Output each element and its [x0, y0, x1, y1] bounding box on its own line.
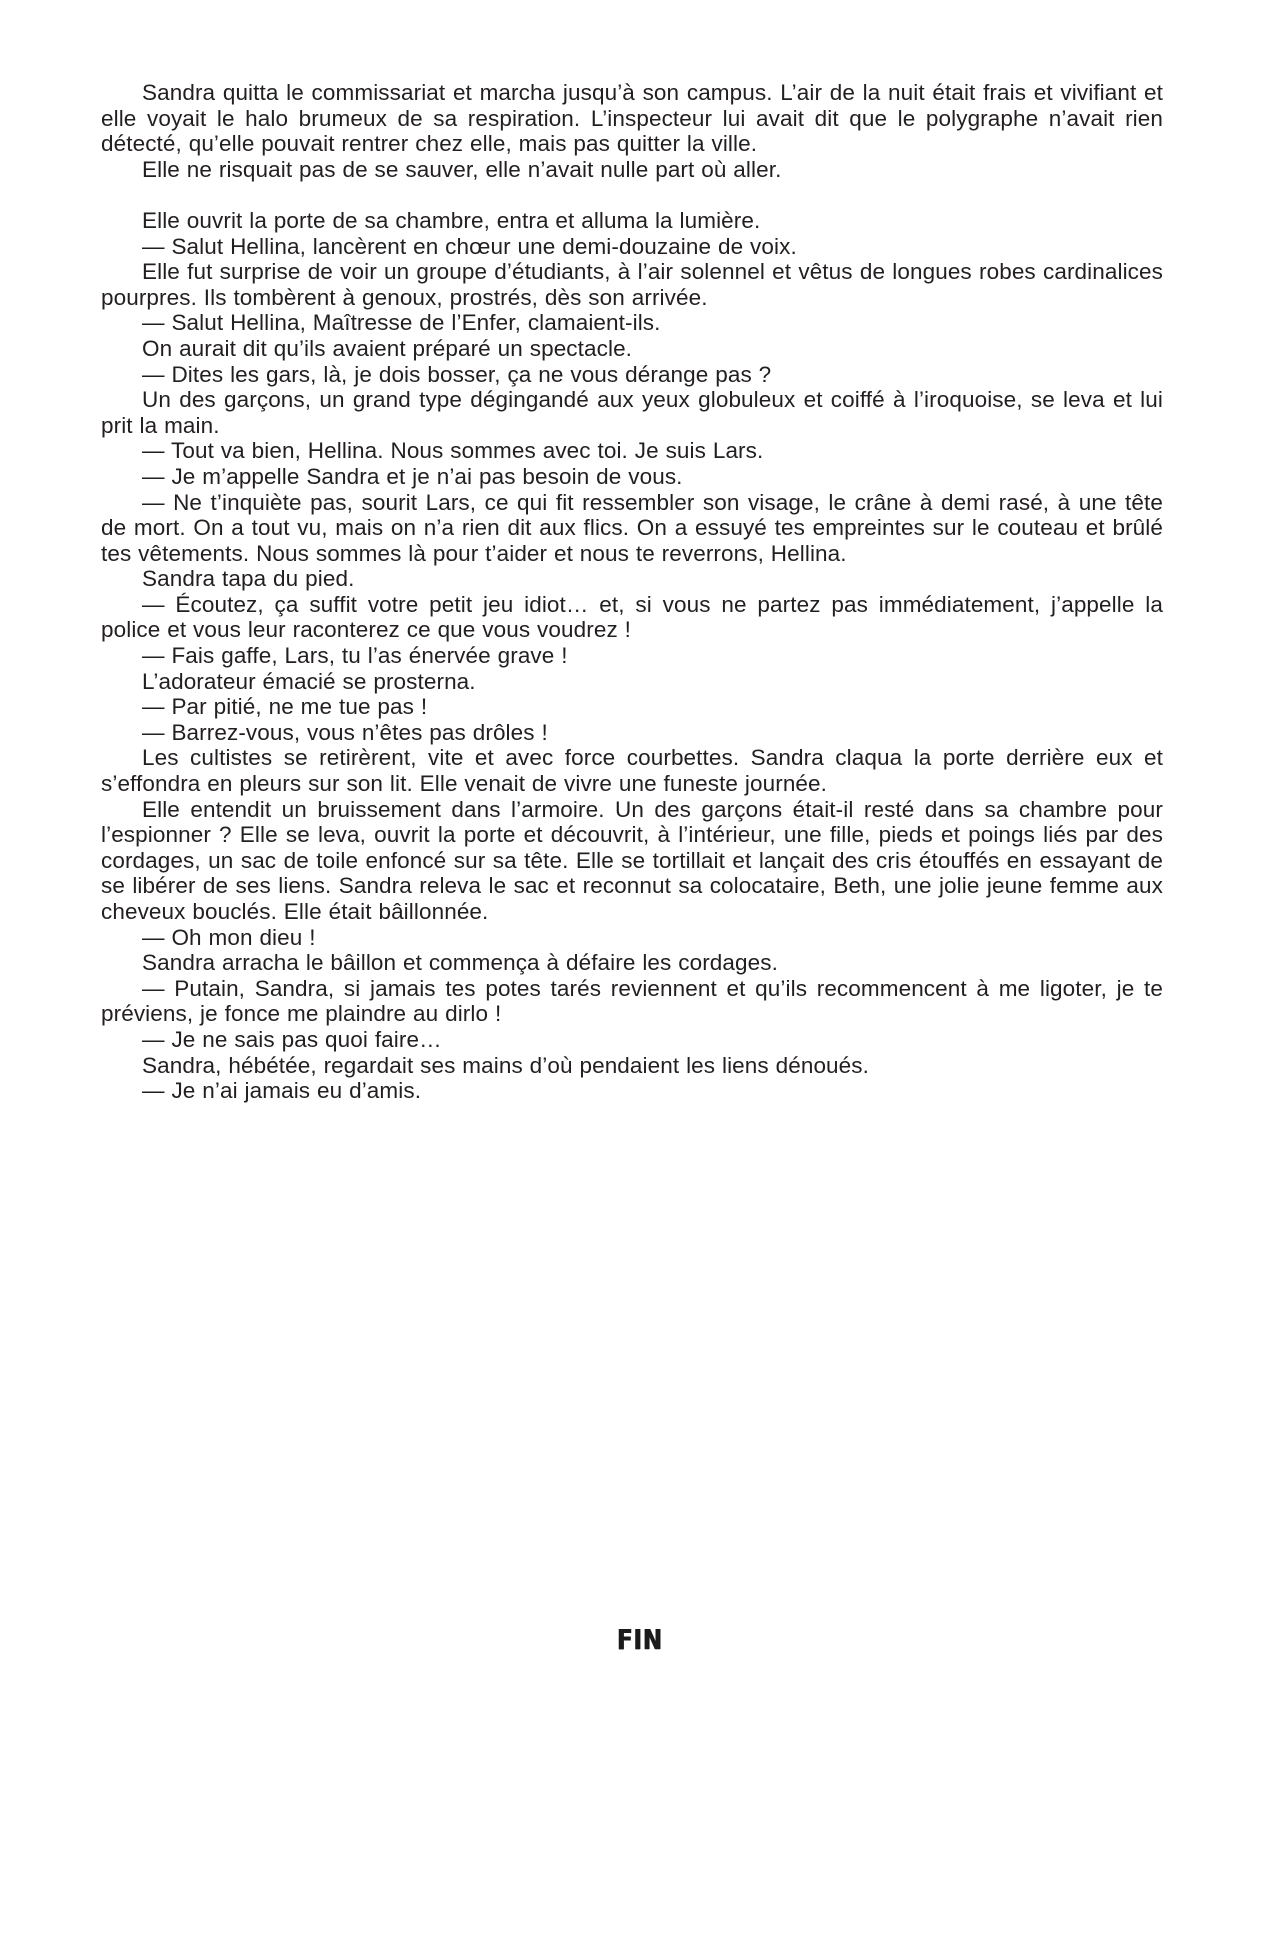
paragraph: On aurait dit qu’ils avaient préparé un … — [101, 336, 1163, 362]
dialogue-line: — Putain, Sandra, si jamais tes potes ta… — [101, 976, 1163, 1027]
dialogue-line: — Oh mon dieu ! — [101, 925, 1163, 951]
end-mark-text: FIN — [617, 1623, 663, 1656]
paragraph: Elle ne risquait pas de se sauver, elle … — [101, 157, 1163, 183]
end-mark: FIN — [115, 1623, 1165, 1656]
dialogue-line: — Salut Hellina, Maîtresse de l’Enfer, c… — [101, 310, 1163, 336]
dialogue-line: — Tout va bien, Hellina. Nous sommes ave… — [101, 438, 1163, 464]
section-after-break: Elle ouvrit la porte de sa chambre, entr… — [101, 208, 1163, 1104]
paragraph: Les cultistes se retirèrent, vite et ave… — [101, 745, 1163, 796]
dialogue-line: — Par pitié, ne me tue pas ! — [101, 694, 1163, 720]
paragraph: Sandra arracha le bâillon et commença à … — [101, 950, 1163, 976]
dialogue-line: — Salut Hellina, lancèrent en chœur une … — [101, 234, 1163, 260]
paragraph: Sandra quitta le commissariat et marcha … — [101, 80, 1163, 157]
section-before-break: Sandra quitta le commissariat et marcha … — [101, 80, 1163, 182]
paragraph: Sandra, hébétée, regardait ses mains d’o… — [101, 1053, 1163, 1079]
paragraph: Sandra tapa du pied. — [101, 566, 1163, 592]
dialogue-line: — Ne t’inquiète pas, sourit Lars, ce qui… — [101, 490, 1163, 567]
paragraph: Elle ouvrit la porte de sa chambre, entr… — [101, 208, 1163, 234]
section-break — [101, 182, 1163, 208]
document-page: Sandra quitta le commissariat et marcha … — [101, 80, 1163, 1104]
dialogue-line: — Barrez-vous, vous n’êtes pas drôles ! — [101, 720, 1163, 746]
paragraph: Un des garçons, un grand type dégingandé… — [101, 387, 1163, 438]
paragraph: Elle fut surprise de voir un groupe d’ét… — [101, 259, 1163, 310]
paragraph: Elle entendit un bruissement dans l’armo… — [101, 797, 1163, 925]
dialogue-line: — Fais gaffe, Lars, tu l’as énervée grav… — [101, 643, 1163, 669]
dialogue-line: — Je ne sais pas quoi faire… — [101, 1027, 1163, 1053]
dialogue-line: — Je m’appelle Sandra et je n’ai pas bes… — [101, 464, 1163, 490]
dialogue-line: — Dites les gars, là, je dois bosser, ça… — [101, 362, 1163, 388]
dialogue-line: — Je n’ai jamais eu d’amis. — [101, 1078, 1163, 1104]
dialogue-line: — Écoutez, ça suffit votre petit jeu idi… — [101, 592, 1163, 643]
paragraph: L’adorateur émacié se prosterna. — [101, 669, 1163, 695]
